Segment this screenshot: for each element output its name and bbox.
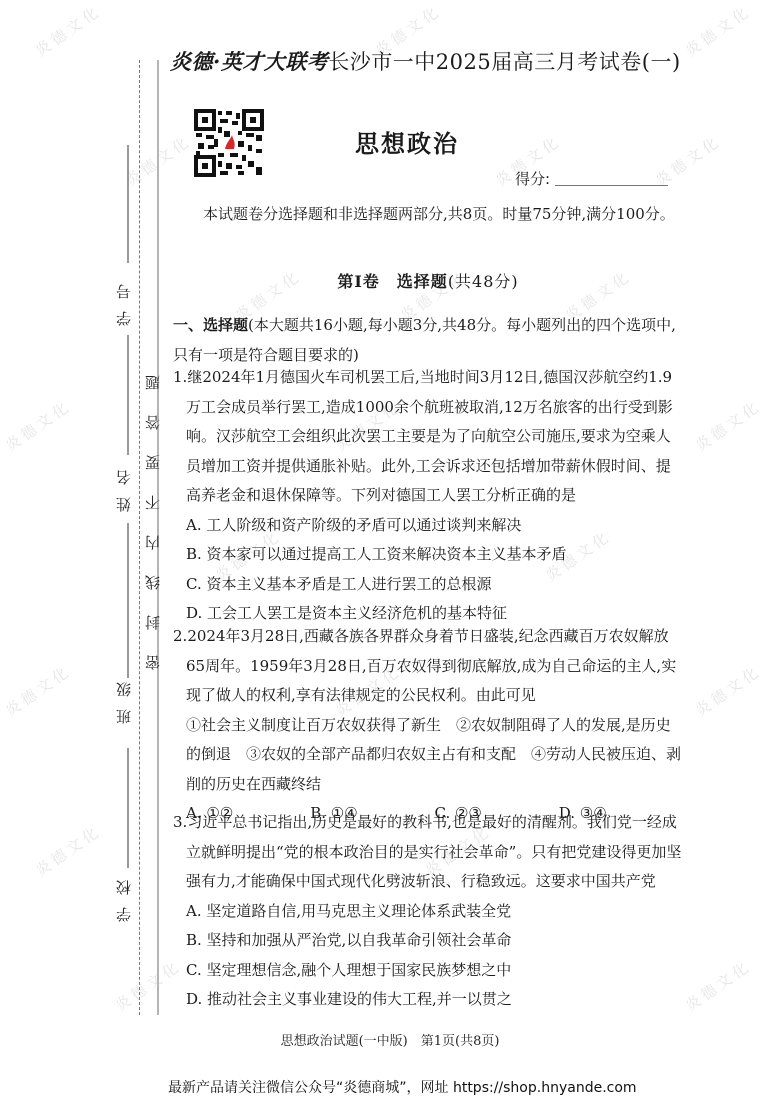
student-number-line bbox=[127, 145, 129, 263]
option-b[interactable]: B. 资本家可以通过提高工人工资来解决资本主义基本矛盾 bbox=[173, 540, 683, 570]
name-line bbox=[127, 335, 129, 455]
watermark: 炎德文化 bbox=[651, 130, 725, 191]
seal-line-text: 密封线内不要答题 bbox=[142, 350, 163, 670]
section1: 一、选择题(本大题共16小题,每小题3分,共48分。每小题列出的四个选项中,只有… bbox=[173, 311, 683, 370]
brand-name: 炎德·英才大联考 bbox=[170, 49, 328, 74]
section1-instructions: (本大题共16小题,每小题3分,共48分。每小题列出的四个选项中,只有一项是符合… bbox=[173, 316, 676, 364]
watermark: 炎德文化 bbox=[1, 660, 75, 721]
school-line bbox=[127, 748, 129, 868]
watermark: 炎德文化 bbox=[681, 0, 755, 61]
question-2: 2.2024年3月28日,西藏各族各界群众身着节日盛装,纪念西藏百万农奴解放65… bbox=[173, 622, 683, 829]
question-number: 2. bbox=[173, 627, 187, 645]
watermark: 炎德文化 bbox=[31, 820, 105, 881]
question-3: 3.习近平总书记指出,历史是最好的教科书,也是最好的清醒剂。我们党一经成立就鲜明… bbox=[173, 808, 683, 1015]
part1-title: 第Ⅰ卷 选择题 bbox=[337, 272, 448, 291]
watermark: 炎德文化 bbox=[31, 0, 105, 61]
question-stem: 2024年3月28日,西藏各族各界群众身着节日盛装,纪念西藏百万农奴解放65周年… bbox=[186, 627, 676, 704]
option-b[interactable]: B. 坚持和加强从严治党,以自我革命引领社会革命 bbox=[173, 926, 683, 956]
score-field[interactable] bbox=[555, 185, 668, 186]
watermark: 炎德文化 bbox=[691, 660, 765, 721]
option-a[interactable]: A. 坚定道路自信,用马克思主义理论体系武装全党 bbox=[173, 897, 683, 927]
watermark: 炎德文化 bbox=[1, 395, 75, 456]
score-label: 得分: bbox=[515, 168, 550, 189]
fold-line bbox=[139, 60, 140, 1015]
part1-points: (共48分) bbox=[448, 272, 519, 291]
option-d[interactable]: D. 推动社会主义事业建设的伟大工程,并一以贯之 bbox=[173, 985, 683, 1015]
watermark: 炎德文化 bbox=[681, 955, 755, 1016]
student-number-label: 学号 bbox=[113, 272, 134, 326]
exam-body: 本试题卷分选择题和非选择题两部分,共8页。时量75分钟,满分100分。 bbox=[173, 200, 683, 230]
subject-title: 思想政治 bbox=[355, 124, 459, 159]
school-label: 学校 bbox=[113, 868, 134, 922]
part1-heading: 第Ⅰ卷 选择题(共48分) bbox=[173, 267, 683, 297]
question-1: 1.继2024年1月德国火车司机罢工后,当地时间3月12日,德国汉莎航空约1.9… bbox=[173, 363, 683, 629]
option-a[interactable]: A. 工人阶级和资产阶级的矛盾可以通过谈判来解决 bbox=[173, 511, 683, 541]
class-line bbox=[127, 523, 129, 678]
exam-name: 长沙市一中2025届高三月考试卷(一) bbox=[328, 50, 680, 74]
page-footer: 思想政治试题(一中版) 第1页(共8页) bbox=[0, 1030, 780, 1049]
watermark: 炎德文化 bbox=[691, 395, 765, 456]
class-label: 班级 bbox=[113, 670, 134, 724]
question-number: 3. bbox=[173, 813, 187, 831]
name-label: 姓名 bbox=[113, 458, 134, 512]
qr-code-icon bbox=[194, 109, 264, 177]
question-stem: 习近平总书记指出,历史是最好的教科书,也是最好的清醒剂。我们党一经成立就鲜明提出… bbox=[186, 813, 681, 890]
section1-heading: 一、选择题 bbox=[173, 316, 248, 334]
exam-title: 炎德·英才大联考长沙市一中2025届高三月考试卷(一) bbox=[170, 46, 681, 76]
option-c[interactable]: C. 坚定理想信念,融个人理想于国家民族梦想之中 bbox=[173, 956, 683, 986]
intro-text: 本试题卷分选择题和非选择题两部分,共8页。时量75分钟,满分100分。 bbox=[173, 200, 683, 230]
option-c[interactable]: C. 资本主义基本矛盾是工人进行罢工的总根源 bbox=[173, 570, 683, 600]
promo-banner: 最新产品请关注微信公众号“炎德商城”，网址 https://shop.hnyan… bbox=[168, 1077, 637, 1097]
question-stem: 继2024年1月德国火车司机罢工后,当地时间3月12日,德国汉莎航空约1.9万工… bbox=[186, 368, 673, 504]
question-number: 1. bbox=[173, 368, 187, 386]
question-statements: ①社会主义制度让百万农奴获得了新生 ②农奴制阻碍了人的发展,是历史的倒退 ③农奴… bbox=[173, 711, 683, 800]
